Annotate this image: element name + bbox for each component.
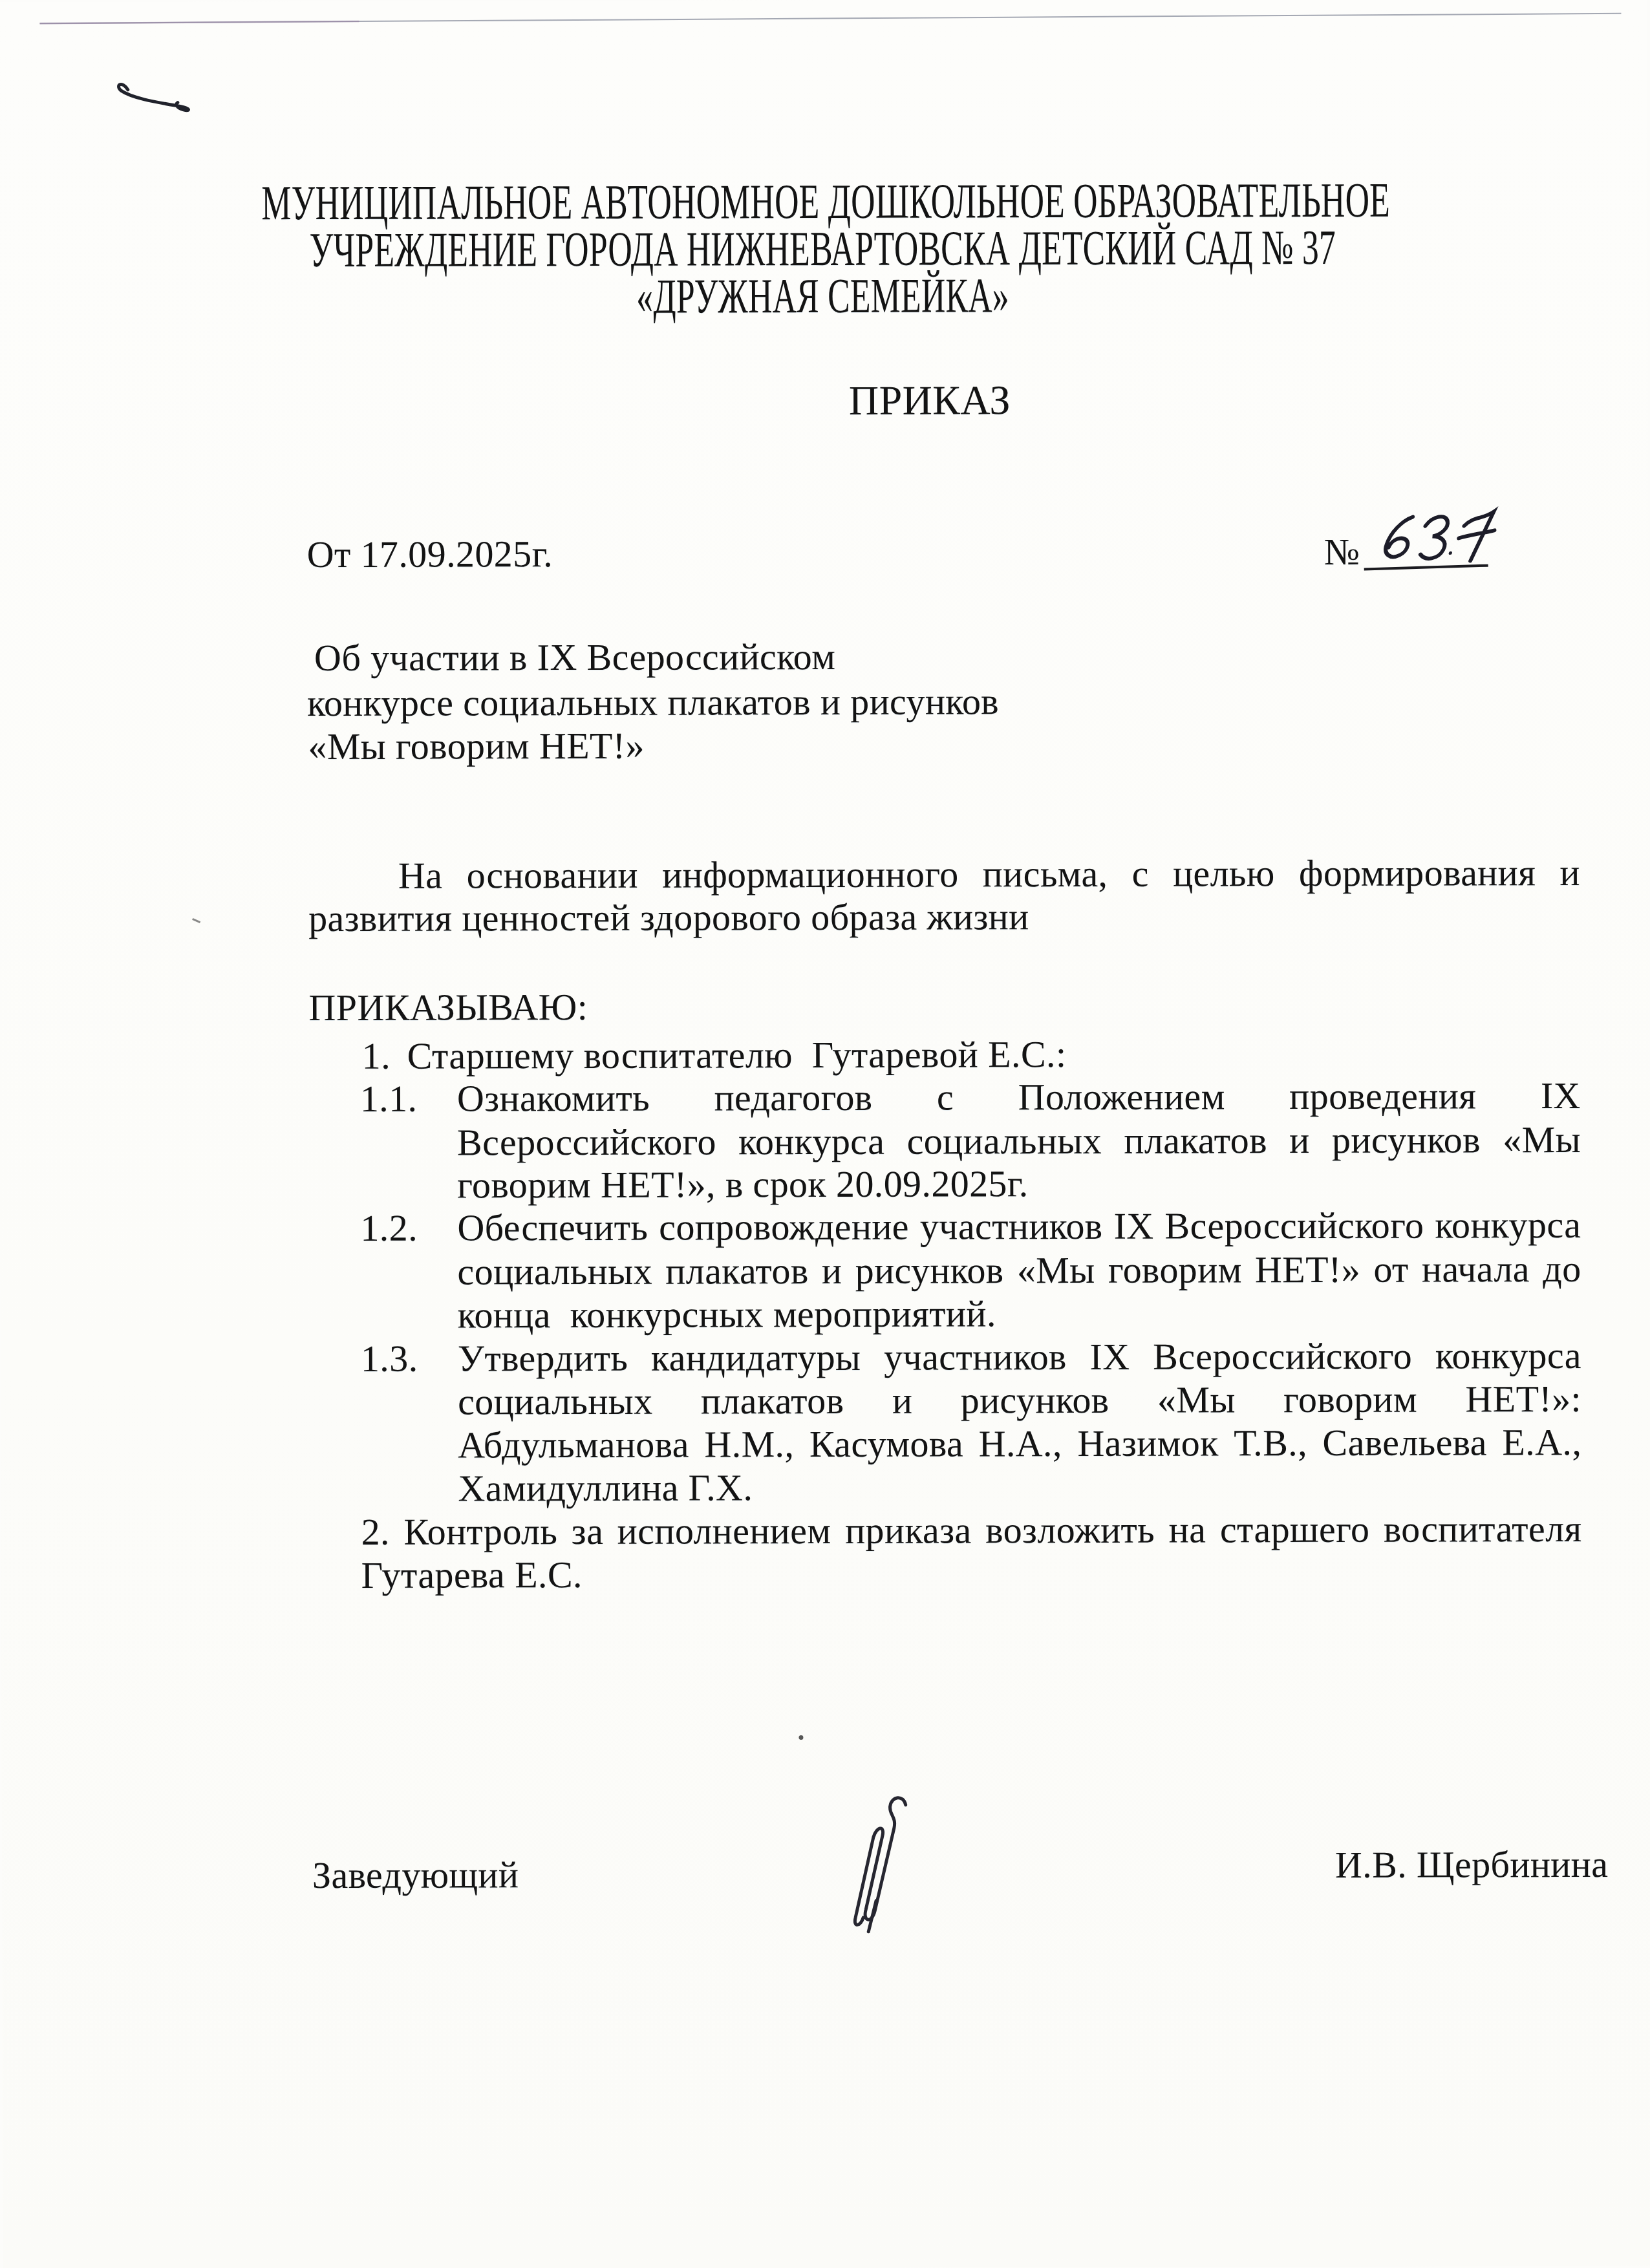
preamble-line-2: развития ценностей здорового образа жизн… (308, 895, 1029, 940)
item-1-2-number: 1.2. (360, 1206, 418, 1250)
org-name-line-2: УЧРЕЖДЕНИЕ ГОРОДА НИЖНЕВАРТОВСКА ДЕТСКИЙ… (262, 224, 1384, 275)
org-name-line-3: «ДРУЖНАЯ СЕМЕЙКА» (262, 272, 1384, 322)
item-2-line-2: Гутарева Е.С. (361, 1553, 583, 1597)
scan-line-artifact (0, 0, 1647, 41)
command-word: ПРИКАЗЫВАЮ: (308, 985, 588, 1029)
signer-name: И.В. Щербинина (1335, 1843, 1609, 1887)
signer-role: Заведующий (312, 1853, 519, 1897)
item-1-3-number: 1.3. (361, 1337, 418, 1380)
doc-type-title: ПРИКАЗ (849, 378, 1011, 422)
speck-artifact (798, 1735, 803, 1740)
item-1-1-number: 1.1. (360, 1077, 418, 1120)
date-line: От 17.09.2025г. (307, 532, 553, 576)
signature-scribble (842, 1791, 934, 1940)
item-1-3-line-3: Абдульманова Н.М., Касумова Н.А., Назимо… (458, 1420, 1581, 1467)
document-order: МУНИЦИПАЛЬНОЕ АВТОНОМНОЕ ДОШКОЛЬНОЕ ОБРА… (0, 0, 1650, 2268)
item-1-number: 1. (362, 1034, 391, 1078)
item-1-2-line-3: конца конкурсных мероприятий. (458, 1292, 996, 1336)
subject-line-3: «Мы говорим НЕТ!» (308, 724, 645, 768)
subject-line-1: Об участии в IX Всероссийском (314, 635, 835, 679)
item-1-3-line-4: Хамидуллина Г.Х. (458, 1466, 753, 1510)
org-name-line-1: МУНИЦИПАЛЬНОЕ АВТОНОМНОЕ ДОШКОЛЬНОЕ ОБРА… (261, 177, 1384, 228)
subject-line-2: конкурсе социальных плакатов и рисунков (307, 679, 999, 725)
item-1-3-line-1: Утвердить кандидатуры участников IX Всер… (458, 1334, 1581, 1380)
item-2-line-1: 2. Контроль за исполнением приказа возло… (361, 1507, 1582, 1554)
pen-stroke-artifact (112, 74, 216, 125)
preamble-line-1: На основании информационного письма, с ц… (398, 851, 1580, 897)
item-1-2-line-2: социальных плакатов и рисунков «Мы говор… (457, 1247, 1581, 1294)
item-1-text: Старшему воспитателю Гутаревой Е.С.: (407, 1032, 1067, 1078)
scanned-page: МУНИЦИПАЛЬНОЕ АВТОНОМНОЕ ДОШКОЛЬНОЕ ОБРА… (0, 0, 1650, 2268)
number-sign: № (1324, 530, 1360, 573)
item-1-1-line-1: Ознакомить педагогов с Положением провед… (457, 1074, 1581, 1120)
item-1-2-line-1: Обеспечить сопровождение участников IX В… (457, 1203, 1581, 1250)
item-1-1-line-3: говорим НЕТ!», в срок 20.09.2025г. (457, 1162, 1028, 1206)
item-1-1-line-2: Всероссийского конкурса социальных плака… (457, 1118, 1581, 1164)
item-1-3-line-2: социальных плакатов и рисунков «Мы говор… (458, 1377, 1581, 1424)
speck-artifact (192, 918, 200, 923)
